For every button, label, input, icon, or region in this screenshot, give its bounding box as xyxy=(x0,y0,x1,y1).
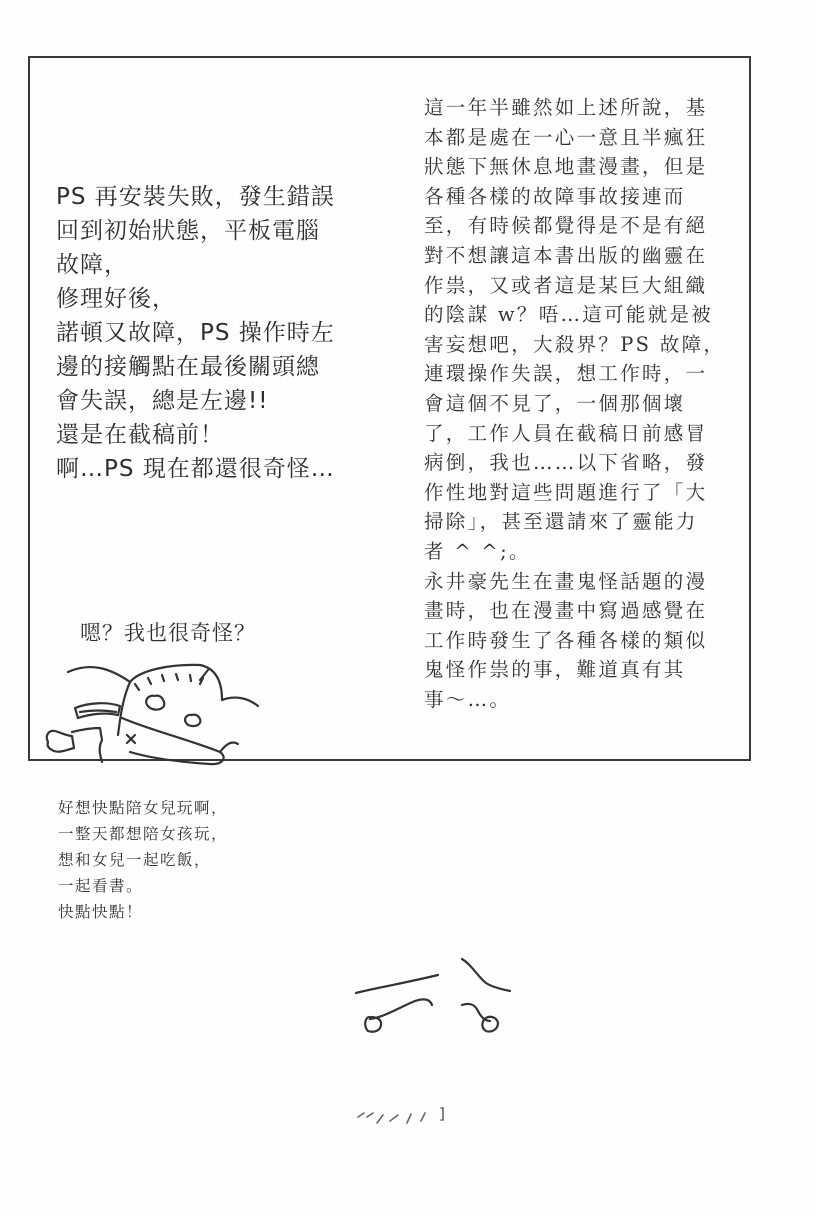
printed-line: 會這個不見了，一個那個壞 xyxy=(424,389,734,419)
note-line: 邊的接觸點在最後關頭總 xyxy=(56,350,386,384)
handwritten-note: PS 再安裝失敗，發生錯誤 回到初始狀態，平板電腦 故障， 修理好後， 諾頓又故… xyxy=(56,180,386,486)
printed-line: 對不想讓這本書出版的幽靈在 xyxy=(424,241,734,271)
printed-line: 各種各樣的故障事故接連而 xyxy=(424,182,734,212)
printed-line: 的陰謀 w？唔…這可能就是被 xyxy=(424,300,734,330)
printed-line: 連環操作失誤，想工作時，一 xyxy=(424,359,734,389)
printed-line: 病倒，我也……以下省略，發 xyxy=(424,448,734,478)
doodle-face-sketch xyxy=(350,955,530,1035)
note-line: 修理好後， xyxy=(56,282,386,316)
printed-line: 了，工作人員在截稿日前感冒 xyxy=(424,419,734,449)
caption-line: 想和女兒一起吃飯， xyxy=(58,847,228,873)
printed-line: 事～…。 xyxy=(424,685,734,715)
scribble-marks xyxy=(355,1105,495,1135)
character-sketch-illustration xyxy=(30,640,290,765)
note-line: 啊…PS 現在都還很奇怪… xyxy=(56,452,386,486)
printed-line: 者 ^ ^;。 xyxy=(424,537,734,567)
note-line: 諾頓又故障，PS 操作時左 xyxy=(56,316,386,350)
printed-line: 作祟，又或者這是某巨大組織 xyxy=(424,271,734,301)
caption-line: 好想快點陪女兒玩啊， xyxy=(58,795,228,821)
printed-line: 這一年半雖然如上述所說，基 xyxy=(424,93,734,123)
printed-line: 至，有時候都覺得是不是有絕 xyxy=(424,211,734,241)
printed-line: 本都是處在一心一意且半瘋狂 xyxy=(424,123,734,153)
printed-line: 鬼怪作祟的事，難道真有其 xyxy=(424,655,734,685)
caption-text: 好想快點陪女兒玩啊， 一整天都想陪女孩玩， 想和女兒一起吃飯， 一起看書。 快點… xyxy=(58,795,228,925)
printed-note: 這一年半雖然如上述所說，基 本都是處在一心一意且半瘋狂 狀態下無休息地畫漫畫，但… xyxy=(424,93,734,714)
note-line: 會失誤，總是左邊!! xyxy=(56,384,386,418)
printed-line: 作性地對這些問題進行了「大 xyxy=(424,478,734,508)
printed-line: 工作時發生了各種各樣的類似 xyxy=(424,626,734,656)
printed-line: 掃除」，甚至還請來了靈能力 xyxy=(424,507,734,537)
printed-line: 畫時，也在漫畫中寫過感覺在 xyxy=(424,596,734,626)
note-line: 故障， xyxy=(56,248,386,282)
printed-line: 永井豪先生在畫鬼怪話題的漫 xyxy=(424,567,734,597)
printed-line: 狀態下無休息地畫漫畫，但是 xyxy=(424,152,734,182)
caption-line: 一起看書。 xyxy=(58,873,228,899)
printed-line: 害妄想吧，大殺界？PS 故障， xyxy=(424,330,734,360)
note-line: 還是在截稿前！ xyxy=(56,418,386,452)
caption-line: 快點快點！ xyxy=(58,899,228,925)
note-line: PS 再安裝失敗，發生錯誤 xyxy=(56,180,386,214)
note-line: 回到初始狀態，平板電腦 xyxy=(56,214,386,248)
caption-line: 一整天都想陪女孩玩， xyxy=(58,821,228,847)
